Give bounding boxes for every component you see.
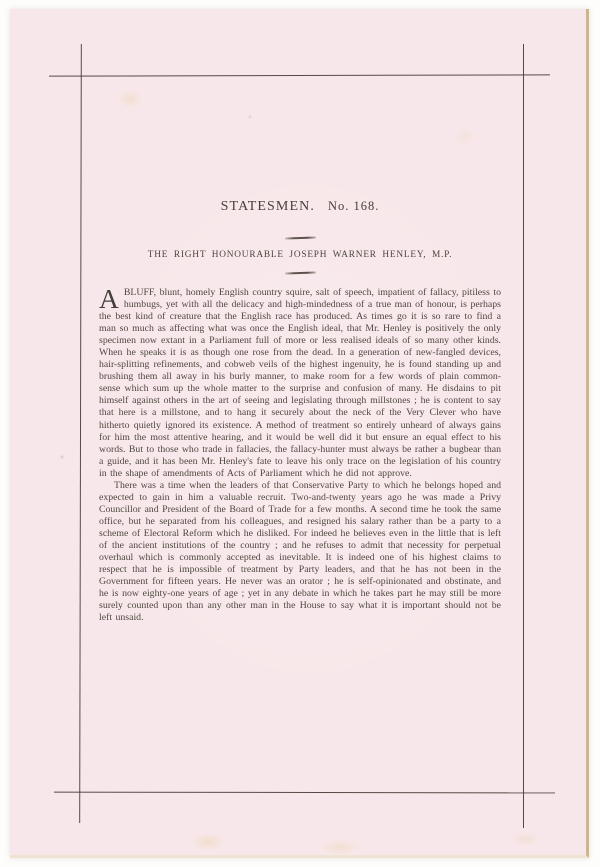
drop-cap: A xyxy=(99,288,119,311)
letterpress-content: STATESMEN.No. 168. THE RIGHT HONOURABLE … xyxy=(99,197,501,624)
article-subtitle: THE RIGHT HONOURABLE JOSEPH WARNER HENLE… xyxy=(99,250,501,260)
divider-rule-bottom xyxy=(284,271,315,274)
scanned-document: STATESMEN.No. 168. THE RIGHT HONOURABLE … xyxy=(0,0,600,867)
article-body: ABLUFF, blunt, homely English country sq… xyxy=(99,287,501,624)
page-title: STATESMEN.No. 168. xyxy=(99,197,501,215)
article-paragraph: There was a time when the leaders of tha… xyxy=(99,480,501,625)
paragraph-text: There was a time when the leaders of tha… xyxy=(99,480,501,624)
divider-rule-top xyxy=(284,236,315,239)
series-title: STATESMEN. xyxy=(221,199,315,214)
issue-number: No. 168. xyxy=(328,199,379,213)
article-paragraph: ABLUFF, blunt, homely English country sq… xyxy=(99,287,501,480)
paragraph-text: BLUFF, blunt, homely English country squ… xyxy=(99,287,501,479)
trim-mark-right xyxy=(523,44,524,828)
